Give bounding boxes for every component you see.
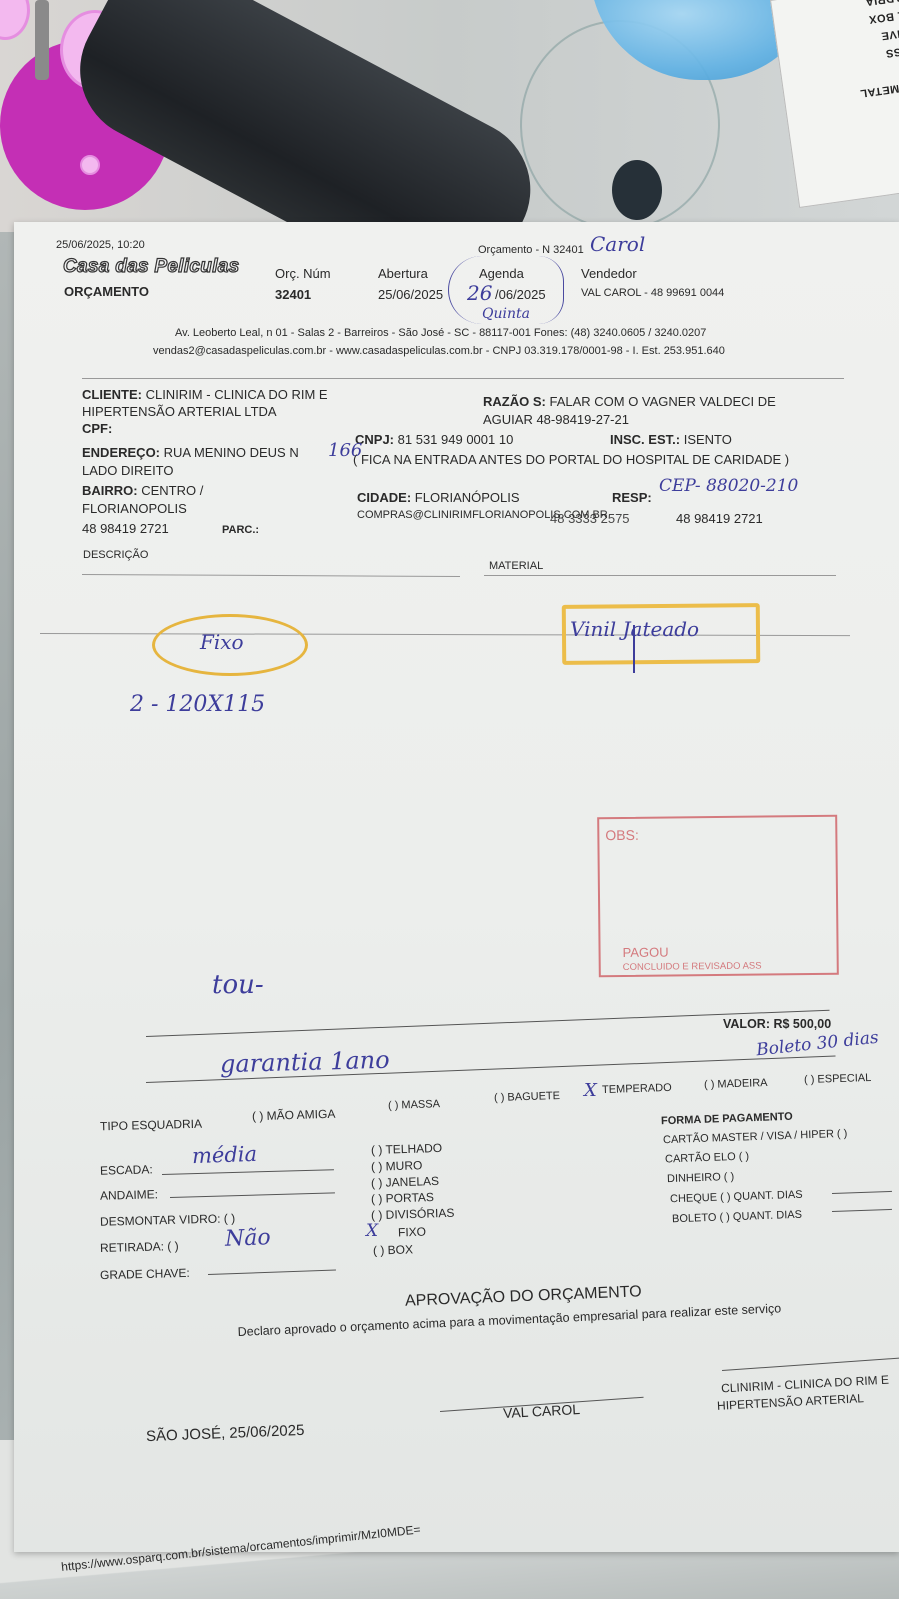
insc-field: INSC. EST.: ISENTO — [610, 432, 732, 447]
seller-label: Vendedor — [581, 266, 637, 281]
address-line2: LADO DIREITO — [82, 463, 174, 478]
location-portas[interactable]: ( ) PORTAS — [371, 1190, 434, 1206]
client-line2: HIPERTENSÃO ARTERIAL LTDA — [82, 404, 277, 419]
schedule-note-handwritten: Quinta — [482, 306, 530, 322]
glass-option-baguete[interactable]: ( ) BAGUETE — [494, 1090, 560, 1104]
bairro-line2: FLORIANOPOLIS — [82, 501, 187, 516]
location-muro[interactable]: ( ) MURO — [371, 1158, 423, 1174]
resp-handwritten-cep: CEP- 88020-210 — [659, 476, 798, 496]
location-telhado[interactable]: ( ) TELHADO — [371, 1141, 443, 1157]
temperado-check-mark: X — [584, 1080, 597, 1101]
material-underline — [484, 575, 836, 576]
quote-number-label: Orç. Núm — [275, 266, 331, 281]
fixo-check-mark: X — [366, 1221, 378, 1241]
schedule-label: Agenda — [479, 266, 524, 281]
obs-stamp-box: OBS: PAGOU CONCLUIDO E REVISADO ASS — [597, 815, 839, 978]
cnpj-field: CNPJ: 81 531 949 0001 10 — [355, 432, 513, 447]
seller-value: VAL CAROL - 48 99691 0044 — [581, 287, 724, 299]
retirada-handwritten: Não — [225, 1225, 271, 1252]
cpf-label: CPF: — [82, 421, 112, 436]
material-handwritten: Vinil Jateado — [570, 617, 699, 641]
retirada-field[interactable]: RETIRADA: ( ) — [100, 1239, 179, 1255]
location-box[interactable]: ( ) BOX — [373, 1242, 413, 1257]
material-pen-stroke — [633, 625, 635, 673]
opening-date: 25/06/2025 — [378, 287, 443, 302]
quantity-dimensions-handwritten: 2 - 120X115 — [130, 692, 265, 717]
glass-option-temperado[interactable]: TEMPERADO — [602, 1082, 672, 1096]
obs-label: OBS: — [605, 827, 639, 843]
andaime-label: ANDAIME: — [100, 1187, 158, 1203]
desk-background: ADRIA L BOX TIVE ASS L IS METAL RIA — [0, 0, 899, 232]
warranty-handwritten: garantia 1ano — [220, 1046, 390, 1078]
resp-phone: 48 98419 2721 — [676, 511, 763, 526]
description-header: DESCRIÇÃO — [83, 549, 148, 561]
header-divider — [82, 378, 844, 379]
price-card: ADRIA L BOX TIVE ASS L IS METAL RIA — [770, 0, 899, 208]
frame-option-massa[interactable]: ( ) MASSA — [388, 1098, 440, 1112]
address-note: ( FICA NA ENTRADA ANTES DO PORTAL DO HOS… — [353, 452, 789, 467]
location-divisorias[interactable]: ( ) DIVISÓRIAS — [371, 1206, 455, 1223]
frame-option-mao-amiga[interactable]: ( ) MÃO AMIGA — [252, 1107, 336, 1124]
printed-timestamp: 25/06/2025, 10:20 — [56, 239, 145, 251]
parc-label: PARC.: — [222, 524, 259, 536]
glass-foot — [612, 160, 662, 220]
grade-chave-label: GRADE CHAVE: — [100, 1266, 190, 1282]
reviewed-label: CONCLUIDO E REVISADO ASS — [623, 961, 762, 973]
escada-handwritten[interactable]: média — [192, 1142, 258, 1168]
bairro-field: BAIRRO: CENTRO / — [82, 483, 203, 498]
location-janelas[interactable]: ( ) JANELAS — [371, 1174, 439, 1190]
total-value: VALOR: R$ 500,00 — [723, 1017, 831, 1031]
opening-label: Abertura — [378, 266, 428, 281]
resp-label: RESP: — [612, 490, 652, 505]
material-header: MATERIAL — [489, 560, 543, 572]
client-phone-overlap: 48 3333 2575 — [550, 511, 630, 526]
description-handwritten: Fixo — [200, 630, 244, 654]
razao-field: RAZÃO S: FALAR COM O VAGNER VALDECI DE — [483, 394, 776, 409]
location-fixo[interactable]: FIXO — [398, 1225, 426, 1240]
glass-option-madeira[interactable]: ( ) MADEIRA — [704, 1077, 768, 1091]
frame-type-label: TIPO ESQUADRIA — [100, 1117, 202, 1134]
company-contact: vendas2@casadaspeliculas.com.br - www.ca… — [153, 345, 725, 357]
razao-line2: AGUIAR 48-98419-27-21 — [483, 412, 629, 427]
escada-label: ESCADA: — [100, 1162, 153, 1177]
quote-ref-handwritten: Carol — [590, 232, 645, 256]
schedule-day-handwritten: 26 — [467, 281, 492, 305]
client-field: CLIENTE: CLINIRIM - CLINICA DO RIM E — [82, 387, 328, 402]
company-logo: Casa das Peliculas — [63, 256, 240, 278]
paid-label: PAGOU — [623, 945, 669, 960]
payment-option-cash[interactable]: DINHEIRO ( ) — [667, 1171, 735, 1185]
extra-handwritten: tou- — [212, 970, 264, 1000]
glass-option-especial[interactable]: ( ) ESPECIAL — [804, 1072, 872, 1086]
company-address: Av. Leoberto Leal, n 01 - Salas 2 - Barr… — [175, 327, 706, 339]
doc-type: ORÇAMENTO — [64, 284, 149, 299]
schedule-date: /06/2025 — [495, 287, 546, 302]
quote-number: 32401 — [275, 287, 311, 302]
client-phone: 48 98419 2721 — [82, 521, 169, 536]
address-field: ENDEREÇO: RUA MENINO DEUS N — [82, 445, 299, 460]
cidade-field: CIDADE: FLORIANÓPOLIS — [357, 490, 520, 505]
quote-ref: Orçamento - N 32401 — [478, 244, 584, 256]
